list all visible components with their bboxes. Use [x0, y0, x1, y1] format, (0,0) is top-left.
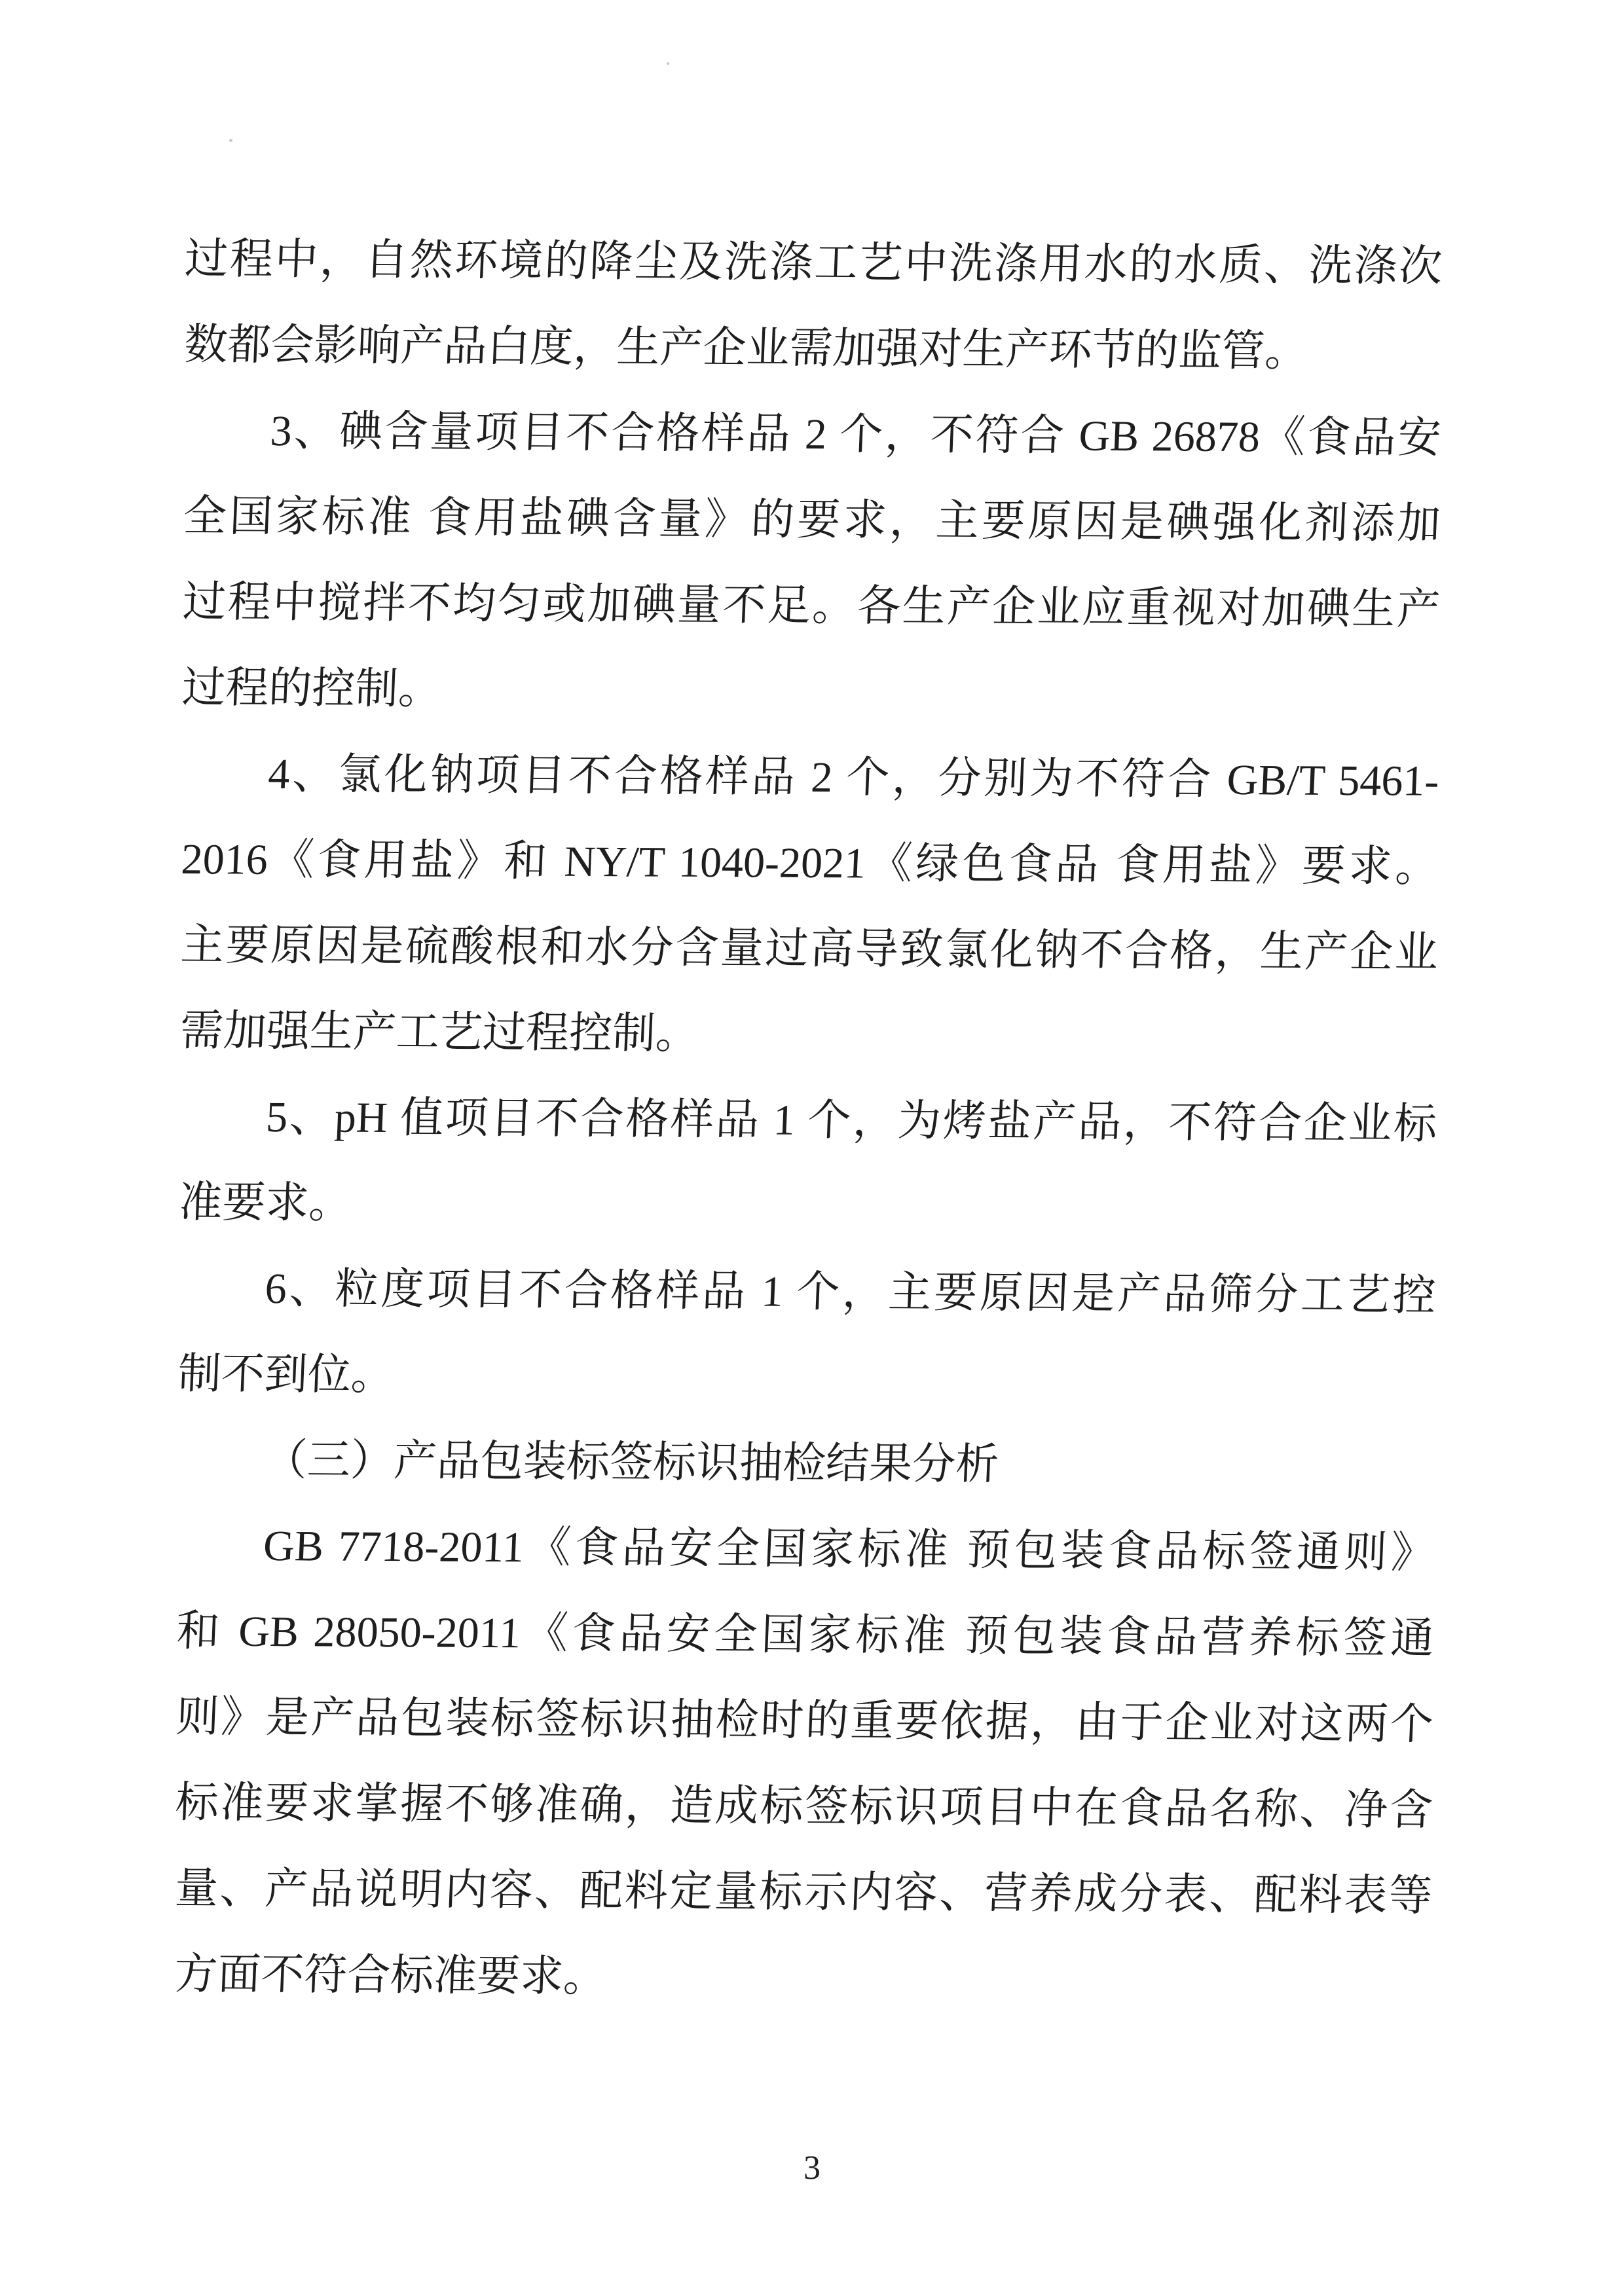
text-line: 则》是产品包装标签标识抽检时的重要依据，由于企业对这两个 [174, 1674, 1435, 1768]
text-line: 6、粒度项目不合格样品 1 个，主要原因是产品筛分工艺控 [177, 1245, 1437, 1339]
text-line: 和 GB 28050-2011《食品安全国家标准 预包装食品营养标签通 [175, 1588, 1435, 1682]
text-line: 标准要求掌握不够准确，造成标签标识项目中在食品名称、净含 [174, 1760, 1434, 1853]
text-line: 过程中搅拌不均匀或加碘量不足。各生产企业应重视对加碘生产 [181, 559, 1441, 653]
text-line: 全国家标准 食用盐碘含量》的要求，主要原因是碘强化剂添加 [181, 473, 1442, 567]
scan-speck [229, 139, 232, 142]
text-line: 主要原因是硫酸根和水分含量过高导致氯化钠不合格，生产企业 [179, 902, 1439, 996]
text-line: GB 7718-2011《食品安全国家标准 预包装食品标签通则》 [175, 1503, 1436, 1596]
text-line: 4、氯化钠项目不合格样品 2 个，分别为不符合 GB/T 5461- [180, 731, 1441, 824]
text-line: 数都会影响产品白度，生产企业需加强对生产环节的监管。 [183, 302, 1443, 395]
text-line: 2016《食用盐》和 NY/T 1040-2021《绿色食品 食用盐》要求。 [179, 816, 1440, 910]
text-line: 量、产品说明内容、配料定量标示内容、营养成分表、配料表等 [173, 1846, 1433, 1939]
text-line: 准要求。 [177, 1159, 1438, 1253]
scanned-document-page: 过程中，自然环境的降尘及洗涤工艺中洗涤用水的水质、洗涤次 数都会影响产品白度，生… [0, 0, 1624, 2296]
text-line: 制不到位。 [176, 1331, 1437, 1425]
text-line: 过程的控制。 [181, 645, 1441, 738]
section-heading-line: （三）产品包装标签标识抽检结果分析 [175, 1417, 1436, 1510]
scan-speck [667, 62, 669, 65]
text-line: 方面不符合标准要求。 [173, 1931, 1433, 2025]
document-body: 过程中，自然环境的降尘及洗涤工艺中洗涤用水的水质、洗涤次 数都会影响产品白度，生… [173, 216, 1441, 2025]
text-line: 需加强生产工艺过程控制。 [178, 988, 1439, 1082]
text-line: 过程中，自然环境的降尘及洗涤工艺中洗涤用水的水质、洗涤次 [183, 216, 1444, 310]
text-line: 5、pH 值项目不合格样品 1 个，为烤盐产品，不符合企业标 [178, 1074, 1439, 1167]
text-line: 3、碘含量项目不合格样品 2 个，不符合 GB 26878《食品安 [182, 388, 1443, 481]
page-number: 3 [0, 2149, 1624, 2188]
